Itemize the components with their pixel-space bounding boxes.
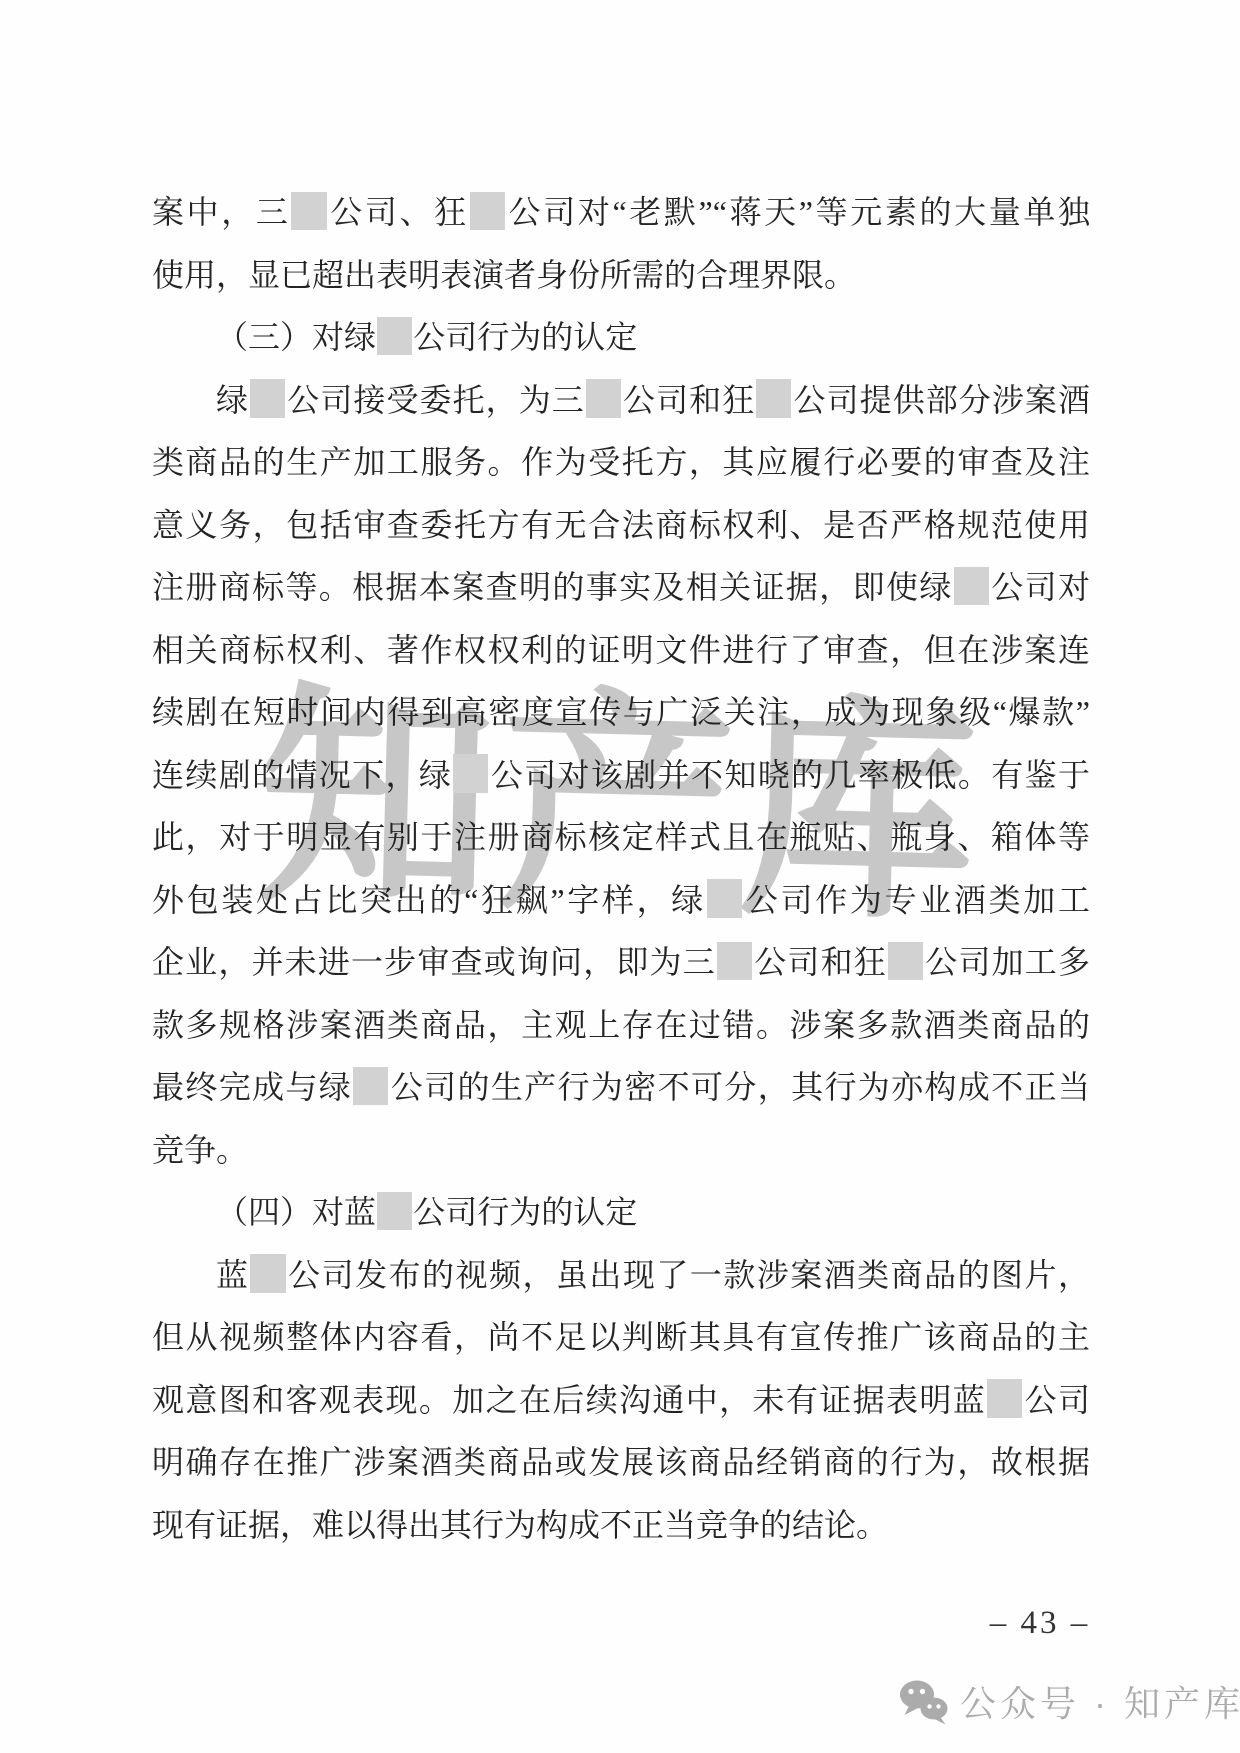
text-line: 相关商标权利、著作权权利的证明文件进行了审查，但在涉案连	[152, 619, 1090, 682]
wechat-icon	[898, 1679, 950, 1725]
text-line: 最终完成与绿公司的生产行为密不可分，其行为亦构成不正当	[152, 1056, 1090, 1119]
redaction-box	[453, 754, 488, 792]
redaction-box	[707, 879, 742, 917]
text-line: 蓝公司发布的视频，虽出现了一款涉案酒类商品的图片，	[152, 1244, 1090, 1307]
redaction-box	[987, 1379, 1022, 1417]
redaction-box	[291, 192, 326, 230]
text-line: 款多规格涉案酒类商品，主观上存在过错。涉案多款酒类商品的	[152, 994, 1090, 1057]
text-line: 现有证据，难以得出其行为构成不正当竞争的结论。	[152, 1494, 1090, 1557]
text-line: 观意图和客观表现。加之在后续沟通中，未有证据表明蓝公司	[152, 1369, 1090, 1432]
text-line: 使用，显已超出表明表演者身份所需的合理界限。	[152, 244, 1090, 307]
redaction-box	[888, 942, 923, 980]
text-line: 此，对于明显有别于注册商标核定样式且在瓶贴、瓶身、箱体等	[152, 806, 1090, 869]
redaction-box	[717, 942, 752, 980]
text-line: 外包装处占比突出的“狂飙”字样，绿公司作为专业酒类加工	[152, 869, 1090, 932]
text-line: 明确存在推广涉案酒类商品或发展该商品经销商的行为，故根据	[152, 1431, 1090, 1494]
text-line: （四）对蓝公司行为的认定	[152, 1181, 1090, 1244]
redaction-box	[250, 379, 285, 417]
redaction-box	[353, 1067, 388, 1105]
text-line: 但从视频整体内容看，尚不足以判断其具有宣传推广该商品的主	[152, 1306, 1090, 1369]
document-body: 案中，三公司、狂公司对“老默”“蒋天”等元素的大量单独使用，显已超出表明表演者身…	[152, 181, 1090, 1556]
redaction-box	[470, 192, 505, 230]
wechat-footer: 公众号 · 知产库	[898, 1676, 1240, 1727]
redaction-box	[377, 317, 412, 355]
text-line: 绿公司接受委托，为三公司和狂公司提供部分涉案酒	[152, 369, 1090, 432]
page-number: – 43 –	[980, 1605, 1100, 1642]
text-line: 连续剧的情况下，绿公司对该剧并不知晓的几率极低。有鉴于	[152, 744, 1090, 807]
document-page: 知产库 案中，三公司、狂公司对“老默”“蒋天”等元素的大量单独使用，显已超出表明…	[0, 0, 1240, 1753]
redaction-box	[250, 1254, 285, 1292]
text-line: 续剧在短时间内得到高密度宣传与广泛关注，成为现象级“爆款”	[152, 681, 1090, 744]
text-line: 竞争。	[152, 1119, 1090, 1182]
text-line: 意义务，包括审查委托方有无合法商标权利、是否严格规范使用	[152, 494, 1090, 557]
redaction-box	[377, 1192, 412, 1230]
text-line: 注册商标等。根据本案查明的事实及相关证据，即使绿公司对	[152, 556, 1090, 619]
text-line: 类商品的生产加工服务。作为受托方，其应履行必要的审查及注	[152, 431, 1090, 494]
redaction-box	[756, 379, 791, 417]
text-line: 企业，并未进一步审查或询问，即为三公司和狂公司加工多	[152, 931, 1090, 994]
redaction-box	[954, 567, 989, 605]
redaction-box	[586, 379, 621, 417]
text-line: （三）对绿公司行为的认定	[152, 306, 1090, 369]
text-line: 案中，三公司、狂公司对“老默”“蒋天”等元素的大量单独	[152, 181, 1090, 244]
wechat-account-label: 公众号 · 知产库	[960, 1676, 1240, 1727]
